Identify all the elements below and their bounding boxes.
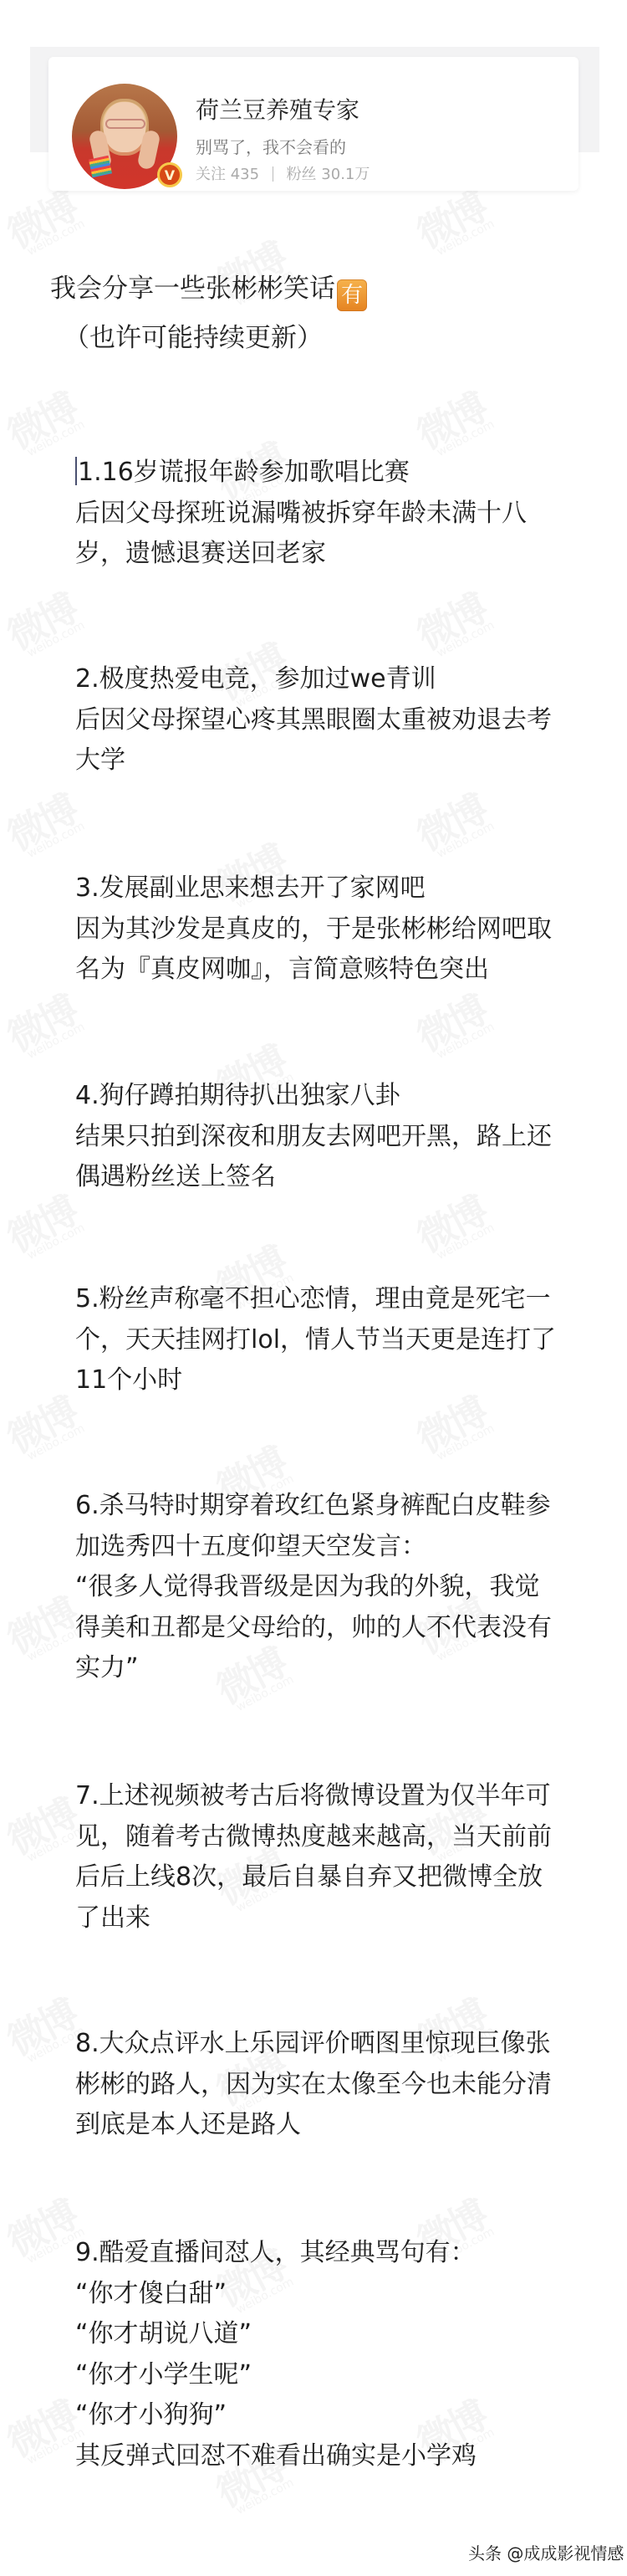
joke-item-line: 实力” [75, 1648, 560, 1689]
joke-item-line: 11个小时 [75, 1360, 560, 1401]
post-subnote: （也许可能持续更新） [64, 319, 323, 357]
joke-item: 8.大众点评水上乐园评价晒图里惊现巨像张彬彬的路人，因为实在太像至今也未能分清到… [75, 2024, 560, 2146]
followers-count[interactable]: 30.1万 [321, 166, 370, 183]
you-emoji-icon: 有 [337, 279, 367, 311]
joke-item-line: “你才胡说八道” [75, 2314, 560, 2355]
following-label[interactable]: 关注 [196, 166, 226, 183]
stats-divider [273, 166, 273, 182]
post-heading: 我会分享一些张彬彬笑话有 [50, 269, 367, 311]
joke-item: 6.杀马特时期穿着玫红色紧身裤配白皮鞋参加选秀四十五度仰望天空发言：“很多人觉得… [75, 1486, 560, 1689]
weibo-watermark: 微博weibo.com [411, 990, 497, 1065]
joke-item-title: 3.发展副业思来想去开了家网吧 [75, 868, 560, 909]
joke-item-title: 5.粉丝声称毫不担心恋情，理由竟是死宅一 [75, 1279, 560, 1320]
text-cursor [75, 457, 77, 485]
profile-bio: 别骂了，我不会看的 [196, 134, 346, 158]
joke-item-line: 得美和丑都是父母给的，帅的人不代表没有 [75, 1608, 560, 1649]
joke-item: 2.极度热爱电竞，参加过we青训后因父母探望心疼其黑眼圈太重被劝退去考大学 [75, 659, 560, 781]
post-heading-text: 我会分享一些张彬彬笑话 [50, 274, 335, 304]
weibo-watermark: 微博weibo.com [2, 2194, 87, 2270]
joke-item-line: 其反弹式回怼不难看出确实是小学鸡 [75, 2436, 560, 2477]
joke-item-line: “你才小学生呢” [75, 2355, 560, 2396]
weibo-watermark: 微博weibo.com [2, 1793, 87, 1868]
followers-label[interactable]: 粉丝 [287, 166, 317, 183]
joke-item-line: 个，天天挂网打lol，情人节当天更是连打了 [75, 1320, 560, 1361]
joke-item-title: 9.酷爱直播间怼人，其经典骂句有： [75, 2233, 560, 2274]
weibo-watermark: 微博weibo.com [411, 588, 497, 663]
joke-item-title: 6.杀马特时期穿着玫红色紧身裤配白皮鞋参 [75, 1486, 560, 1527]
weibo-watermark: 微博weibo.com [411, 789, 497, 864]
verified-badge-icon: V [157, 162, 182, 187]
weibo-watermark: 微博weibo.com [2, 789, 87, 864]
profile-name[interactable]: 荷兰豆养殖专家 [196, 92, 359, 125]
profile-stats: 关注 435 粉丝 30.1万 [196, 162, 370, 184]
joke-item-line: 彬彬的路人，因为实在太像至今也未能分清 [75, 2065, 560, 2106]
avatar-wristbands [89, 156, 112, 178]
weibo-watermark: 微博weibo.com [2, 588, 87, 663]
source-attribution: 头条 @成成影视情感 [468, 2540, 624, 2564]
joke-item: 1.16岁谎报年龄参加歌唱比赛后因父母探班说漏嘴被拆穿年龄未满十八岁，遗憾退赛送… [75, 453, 560, 575]
avatar-glasses [105, 119, 145, 129]
weibo-watermark: 微博weibo.com [2, 1191, 87, 1266]
joke-item-line: 因为其沙发是真皮的，于是张彬彬给网吧取 [75, 909, 560, 950]
joke-item-line: 名为『真皮网咖』，言简意赅特色突出 [75, 950, 560, 991]
joke-item-line: 后后上线8次，最后自暴自弃又把微博全放 [75, 1857, 560, 1898]
joke-item: 7.上述视频被考古后将微博设置为仅半年可见，随着考古微博热度越来越高，当天前前后… [75, 1776, 560, 1938]
weibo-watermark: 微博weibo.com [2, 1391, 87, 1467]
joke-item-title: 8.大众点评水上乐园评价晒图里惊现巨像张 [75, 2024, 560, 2065]
weibo-watermark: 微博weibo.com [2, 1994, 87, 2069]
weibo-watermark: 微博weibo.com [2, 387, 87, 463]
joke-item: 5.粉丝声称毫不担心恋情，理由竟是死宅一个，天天挂网打lol，情人节当天更是连打… [75, 1279, 560, 1401]
weibo-watermark: 微博weibo.com [2, 990, 87, 1065]
joke-item-line: 加选秀四十五度仰望天空发言： [75, 1527, 560, 1568]
joke-item: 4.狗仔蹲拍期待扒出独家八卦结果只拍到深夜和朋友去网吧开黑，路上还偶遇粉丝送上签… [75, 1076, 560, 1198]
weibo-watermark: 微博weibo.com [411, 1191, 497, 1266]
joke-item-line: “很多人觉得我晋级是因为我的外貌，我觉 [75, 1567, 560, 1608]
joke-item-line: 后因父母探班说漏嘴被拆穿年龄未满十八 [75, 494, 560, 535]
weibo-watermark: 微博weibo.com [2, 1592, 87, 1667]
weibo-watermark: 微博weibo.com [411, 187, 497, 262]
joke-item-line: 后因父母探望心疼其黑眼圈太重被劝退去考 [75, 700, 560, 741]
joke-item-title: 2.极度热爱电竞，参加过we青训 [75, 659, 560, 700]
weibo-watermark: 微博weibo.com [2, 2395, 87, 2471]
joke-item-line: 结果只拍到深夜和朋友去网吧开黑，路上还 [75, 1117, 560, 1158]
joke-item: 9.酷爱直播间怼人，其经典骂句有：“你才傻白甜”“你才胡说八道”“你才小学生呢”… [75, 2233, 560, 2477]
joke-item-line: 见，随着考古微博热度越来越高，当天前前 [75, 1817, 560, 1858]
joke-item-line: “你才傻白甜” [75, 2274, 560, 2315]
joke-item-title: 4.狗仔蹲拍期待扒出独家八卦 [75, 1076, 560, 1117]
joke-item-line: 到底是本人还是路人 [75, 2105, 560, 2146]
joke-item-line: 了出来 [75, 1898, 560, 1939]
joke-item-line: 偶遇粉丝送上签名 [75, 1157, 560, 1198]
joke-item-line: “你才小狗狗” [75, 2395, 560, 2436]
joke-item-title: 7.上述视频被考古后将微博设置为仅半年可 [75, 1776, 560, 1817]
joke-item-line: 岁，遗憾退赛送回老家 [75, 534, 560, 575]
following-count[interactable]: 435 [231, 166, 259, 183]
weibo-watermark: 微博weibo.com [411, 1391, 497, 1467]
joke-item-title: 1.16岁谎报年龄参加歌唱比赛 [75, 453, 560, 494]
joke-item: 3.发展副业思来想去开了家网吧因为其沙发是真皮的，于是张彬彬给网吧取名为『真皮网… [75, 868, 560, 991]
weibo-watermark: 微博weibo.com [2, 187, 87, 262]
joke-item-line: 大学 [75, 740, 560, 781]
weibo-watermark: 微博weibo.com [411, 387, 497, 463]
profile-card[interactable]: V 荷兰豆养殖专家 别骂了，我不会看的 关注 435 粉丝 30.1万 [48, 57, 579, 191]
